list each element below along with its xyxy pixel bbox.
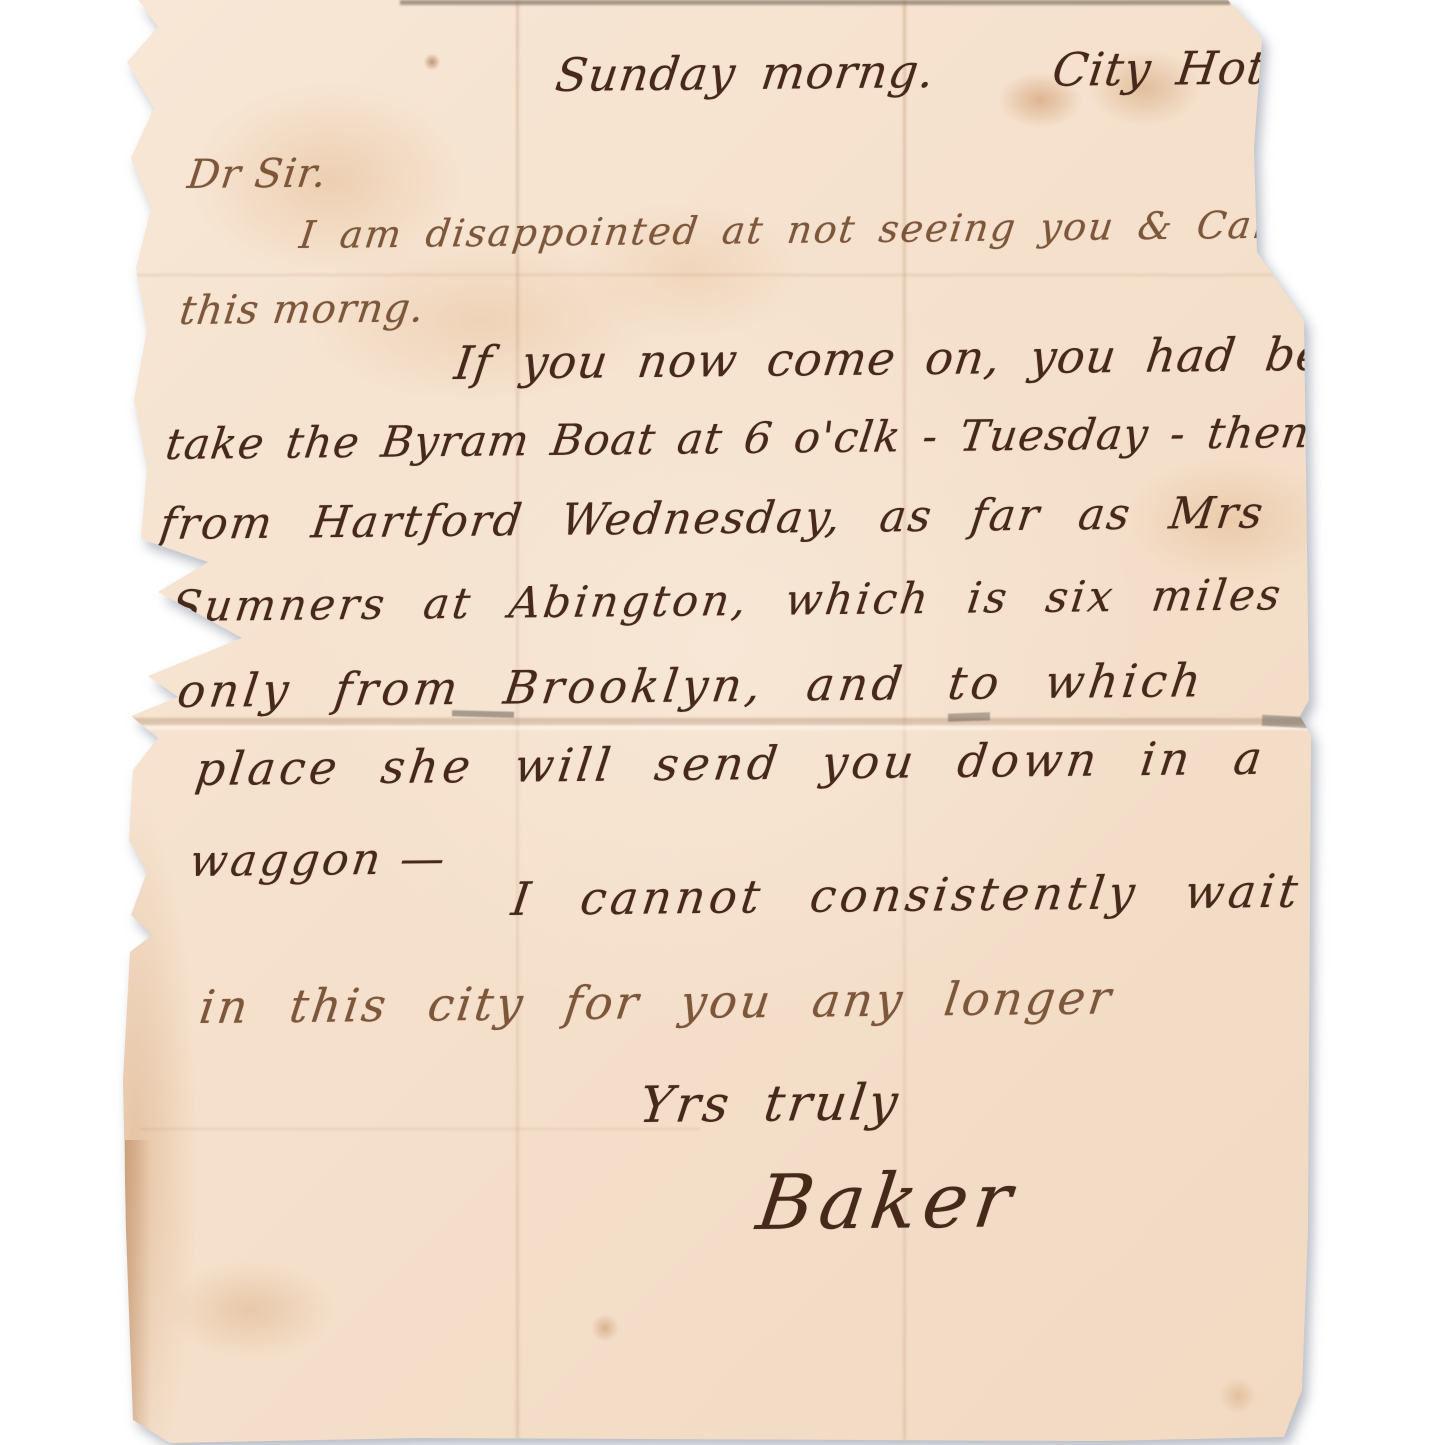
paper-top-edge	[400, 0, 1230, 5]
letter-line: this morng.	[177, 285, 427, 334]
horizontal-crease-lower	[140, 1128, 700, 1130]
paper-surface: Sunday morng.City Hotel Dr Sir. I am dis…	[0, 0, 1445, 1445]
letter-dateline: Sunday morng.City Hotel	[552, 40, 1314, 102]
letter-line: place she will send you down in a	[192, 731, 1269, 796]
location-text: City Hotel	[1049, 40, 1314, 97]
letter-line: in this city for you any longer	[196, 970, 1117, 1034]
letter-line: I cannot consistently wait	[508, 864, 1304, 926]
letter-scan: Sunday morng.City Hotel Dr Sir. I am dis…	[0, 0, 1445, 1445]
dateline-text: Sunday morng.	[552, 44, 938, 102]
letter-line: Sumners at Abington, which is six miles	[169, 570, 1286, 632]
left-edge-stain	[125, 1140, 151, 1442]
dateline-gap	[933, 86, 1051, 87]
fold-tear-mark	[948, 712, 990, 721]
letter-salutation: Dr Sir.	[185, 151, 330, 198]
horizontal-fold-middle	[126, 718, 1311, 725]
letter-signature: Baker	[752, 1155, 1022, 1247]
letter-line: from Hartford Wednesday, as far as Mrs	[157, 487, 1268, 550]
fold-tear-mark	[1262, 715, 1311, 728]
letter-paper: Sunday morng.City Hotel Dr Sir. I am dis…	[0, 0, 1445, 1445]
horizontal-fold-highlight	[126, 726, 1311, 730]
letter-closing: Yrs truly	[636, 1073, 904, 1134]
letter-line: waggon —	[187, 833, 451, 887]
letter-line: If you now come on, you had better	[451, 326, 1418, 390]
letter-line: take the Byram Boat at 6 o'clk - Tuesday…	[163, 408, 1313, 470]
horizontal-crease-upper	[130, 274, 1310, 276]
letter-line: I am disappointed at not seeing you & Ca…	[297, 202, 1380, 257]
letter-line: only from Brooklyn, and to which	[174, 653, 1208, 718]
